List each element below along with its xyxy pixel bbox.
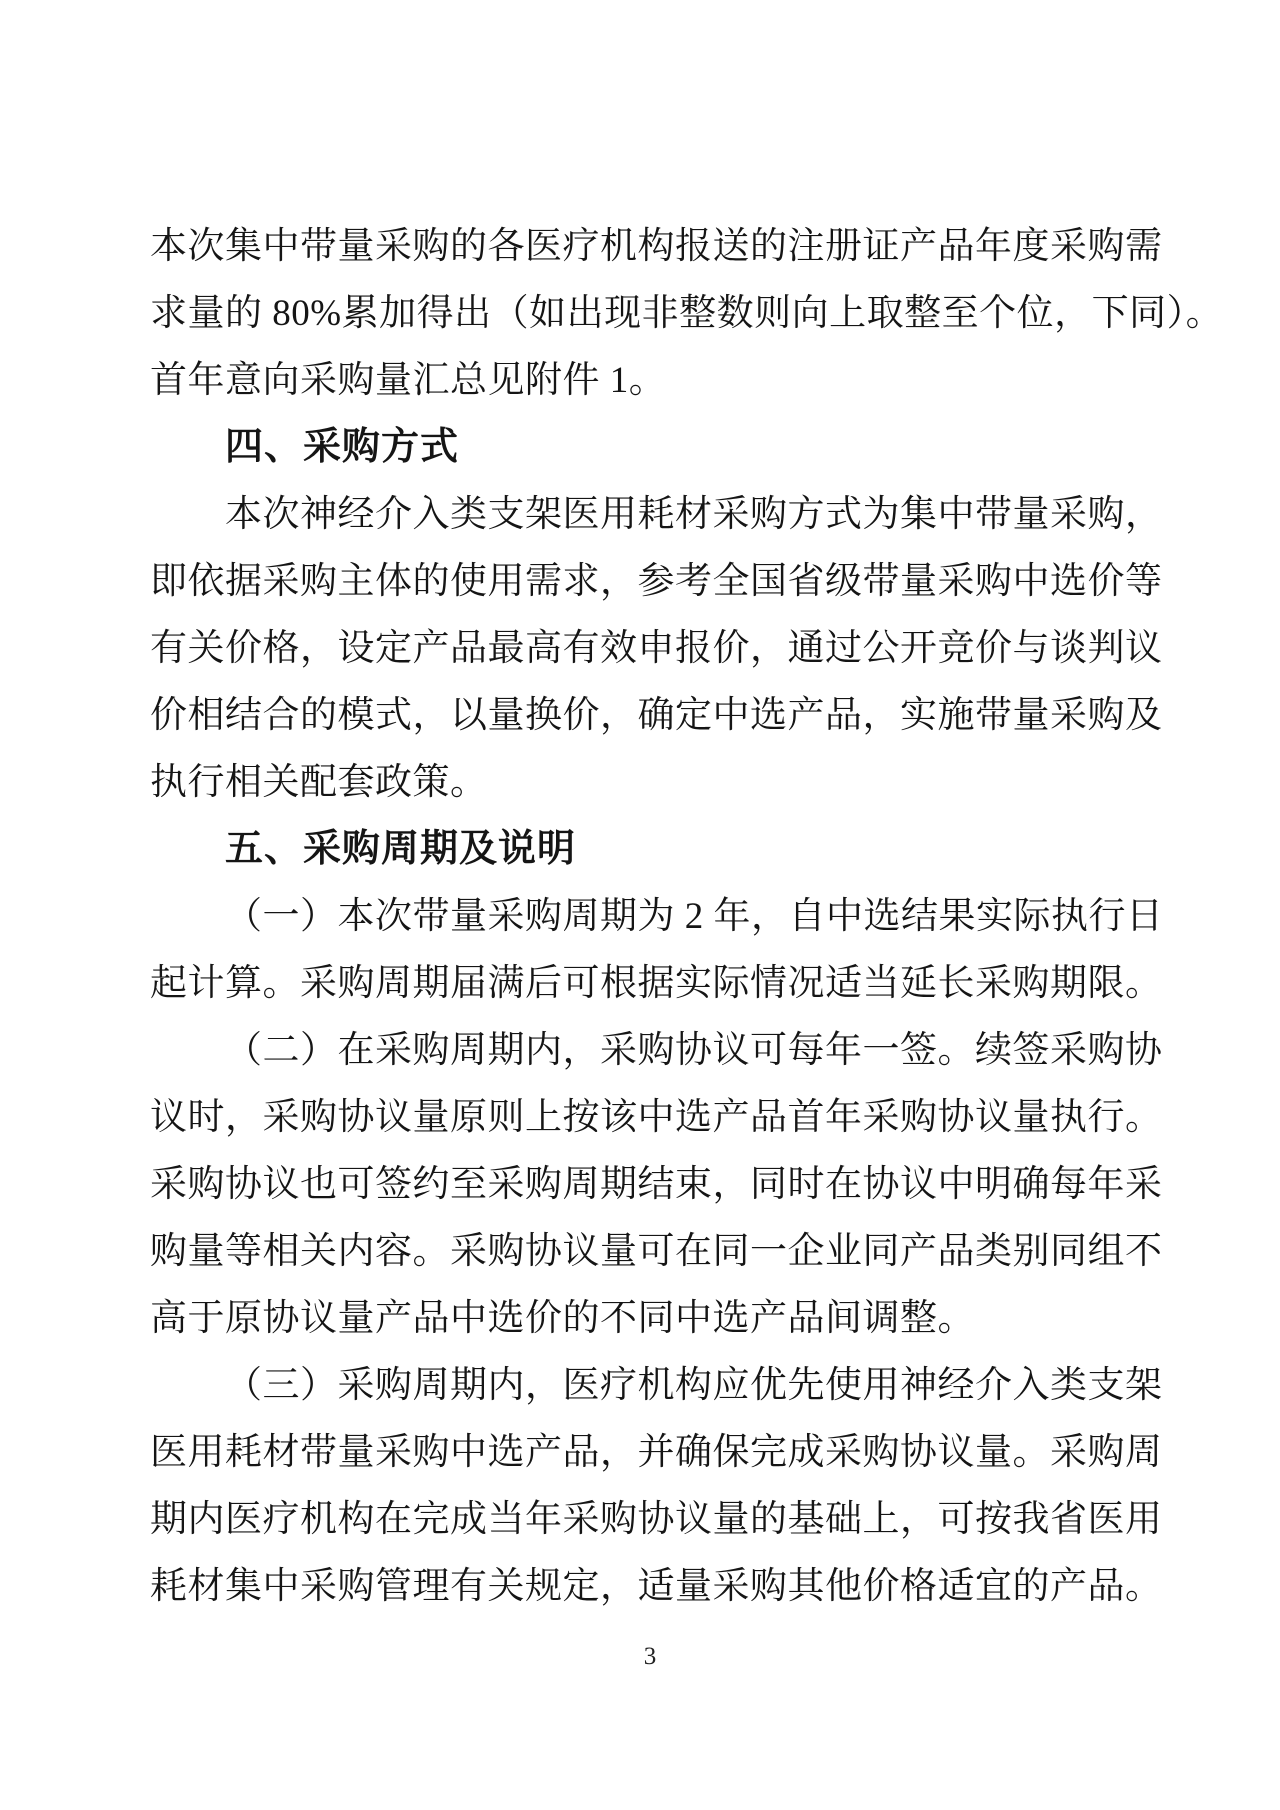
procurement-period-item3-line: 医用耗材带量采购中选产品，并确保完成采购协议量。采购周 (150, 1419, 1150, 1486)
document-body: 本次集中带量采购的各医疗机构报送的注册证产品年度采购需 求量的 80%累加得出（… (150, 213, 1150, 1620)
procurement-period-item3-line: 期内医疗机构在完成当年采购协议量的基础上，可按我省医用 (150, 1486, 1150, 1553)
procurement-period-item3-line: （三）采购周期内，医疗机构应优先使用神经介入类支架 (150, 1352, 1150, 1419)
procurement-period-item2-line: （二）在采购周期内，采购协议可每年一签。续签采购协 (150, 1017, 1150, 1084)
procurement-method-line: 执行相关配套政策。 (150, 749, 1150, 816)
intro-paragraph-line: 首年意向采购量汇总见附件 1。 (150, 347, 1150, 414)
procurement-period-item3-line: 耗材集中采购管理有关规定，适量采购其他价格适宜的产品。 (150, 1553, 1150, 1620)
procurement-period-item2-line: 高于原协议量产品中选价的不同中选产品间调整。 (150, 1285, 1150, 1352)
procurement-method-line: 价相结合的模式，以量换价，确定中选产品，实施带量采购及 (150, 682, 1150, 749)
section-heading-procurement-method: 四、采购方式 (150, 414, 1150, 481)
procurement-period-item2-line: 购量等相关内容。采购协议量可在同一企业同产品类别同组不 (150, 1218, 1150, 1285)
procurement-method-line: 本次神经介入类支架医用耗材采购方式为集中带量采购， (150, 481, 1150, 548)
procurement-method-line: 有关价格，设定产品最高有效申报价，通过公开竞价与谈判议 (150, 615, 1150, 682)
procurement-period-item2-line: 议时，采购协议量原则上按该中选产品首年采购协议量执行。 (150, 1084, 1150, 1151)
intro-paragraph-line: 本次集中带量采购的各医疗机构报送的注册证产品年度采购需 (150, 213, 1150, 280)
page-number: 3 (150, 1642, 1150, 1672)
procurement-period-item2-line: 采购协议也可签约至采购周期结束，同时在协议中明确每年采 (150, 1151, 1150, 1218)
procurement-period-item1-line: （一）本次带量采购周期为 2 年，自中选结果实际执行日 (150, 883, 1150, 950)
section-heading-procurement-period: 五、采购周期及说明 (150, 816, 1150, 883)
document-page: 本次集中带量采购的各医疗机构报送的注册证产品年度采购需 求量的 80%累加得出（… (0, 0, 1280, 1810)
procurement-method-line: 即依据采购主体的使用需求，参考全国省级带量采购中选价等 (150, 548, 1150, 615)
procurement-period-item1-line: 起计算。采购周期届满后可根据实际情况适当延长采购期限。 (150, 950, 1150, 1017)
intro-paragraph-line: 求量的 80%累加得出（如出现非整数则向上取整至个位，下同）。 (150, 280, 1150, 347)
